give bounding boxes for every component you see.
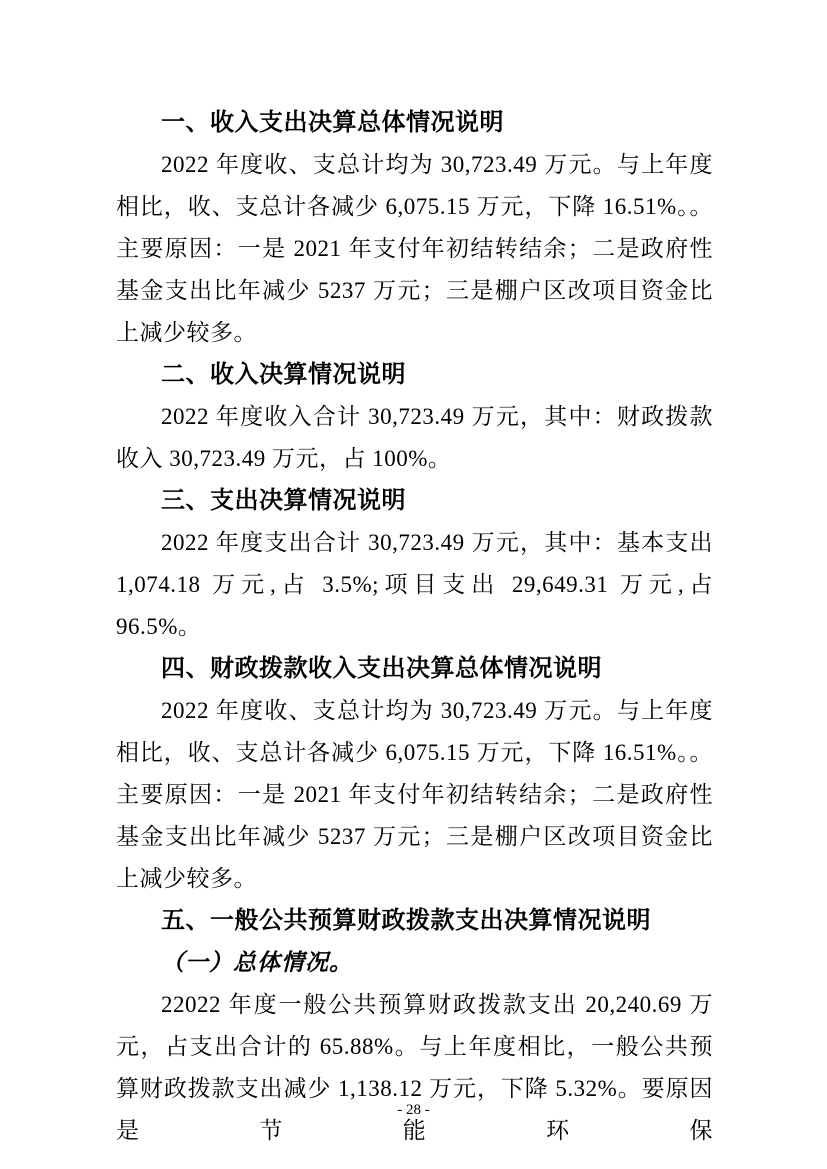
paragraph-income-accounts: 2022 年度收入合计 30,723.49 万元，其中：财政拨款收入 30,72… bbox=[116, 396, 713, 480]
section-heading-general-public-budget-expenditure: 五、一般公共预算财政拨款支出决算情况说明 bbox=[116, 900, 713, 942]
section-heading-income-accounts: 二、收入决算情况说明 bbox=[116, 354, 713, 396]
document-page: 一、收入支出决算总体情况说明 2022 年度收、支总计均为 30,723.49 … bbox=[0, 0, 827, 1169]
paragraph-general-public-budget-expenditure: 22022 年度一般公共预算财政拨款支出 20,240.69 万元，占支出合计的… bbox=[116, 984, 713, 1152]
paragraph-fiscal-appropriation-overview: 2022 年度收、支总计均为 30,723.49 万元。与上年度相比，收、支总计… bbox=[116, 690, 713, 900]
section-heading-income-expenditure-overview: 一、收入支出决算总体情况说明 bbox=[116, 102, 713, 144]
subsection-heading-overall-situation: （一）总体情况。 bbox=[116, 942, 713, 984]
page-number: - 28 - bbox=[0, 1102, 827, 1119]
paragraph-expenditure-accounts: 2022 年度支出合计 30,723.49 万元，其中：基本支出 1,074.1… bbox=[116, 522, 713, 648]
section-heading-expenditure-accounts: 三、支出决算情况说明 bbox=[116, 480, 713, 522]
paragraph-income-expenditure-overview: 2022 年度收、支总计均为 30,723.49 万元。与上年度相比，收、支总计… bbox=[116, 144, 713, 354]
section-heading-fiscal-appropriation-overview: 四、财政拨款收入支出决算总体情况说明 bbox=[116, 648, 713, 690]
